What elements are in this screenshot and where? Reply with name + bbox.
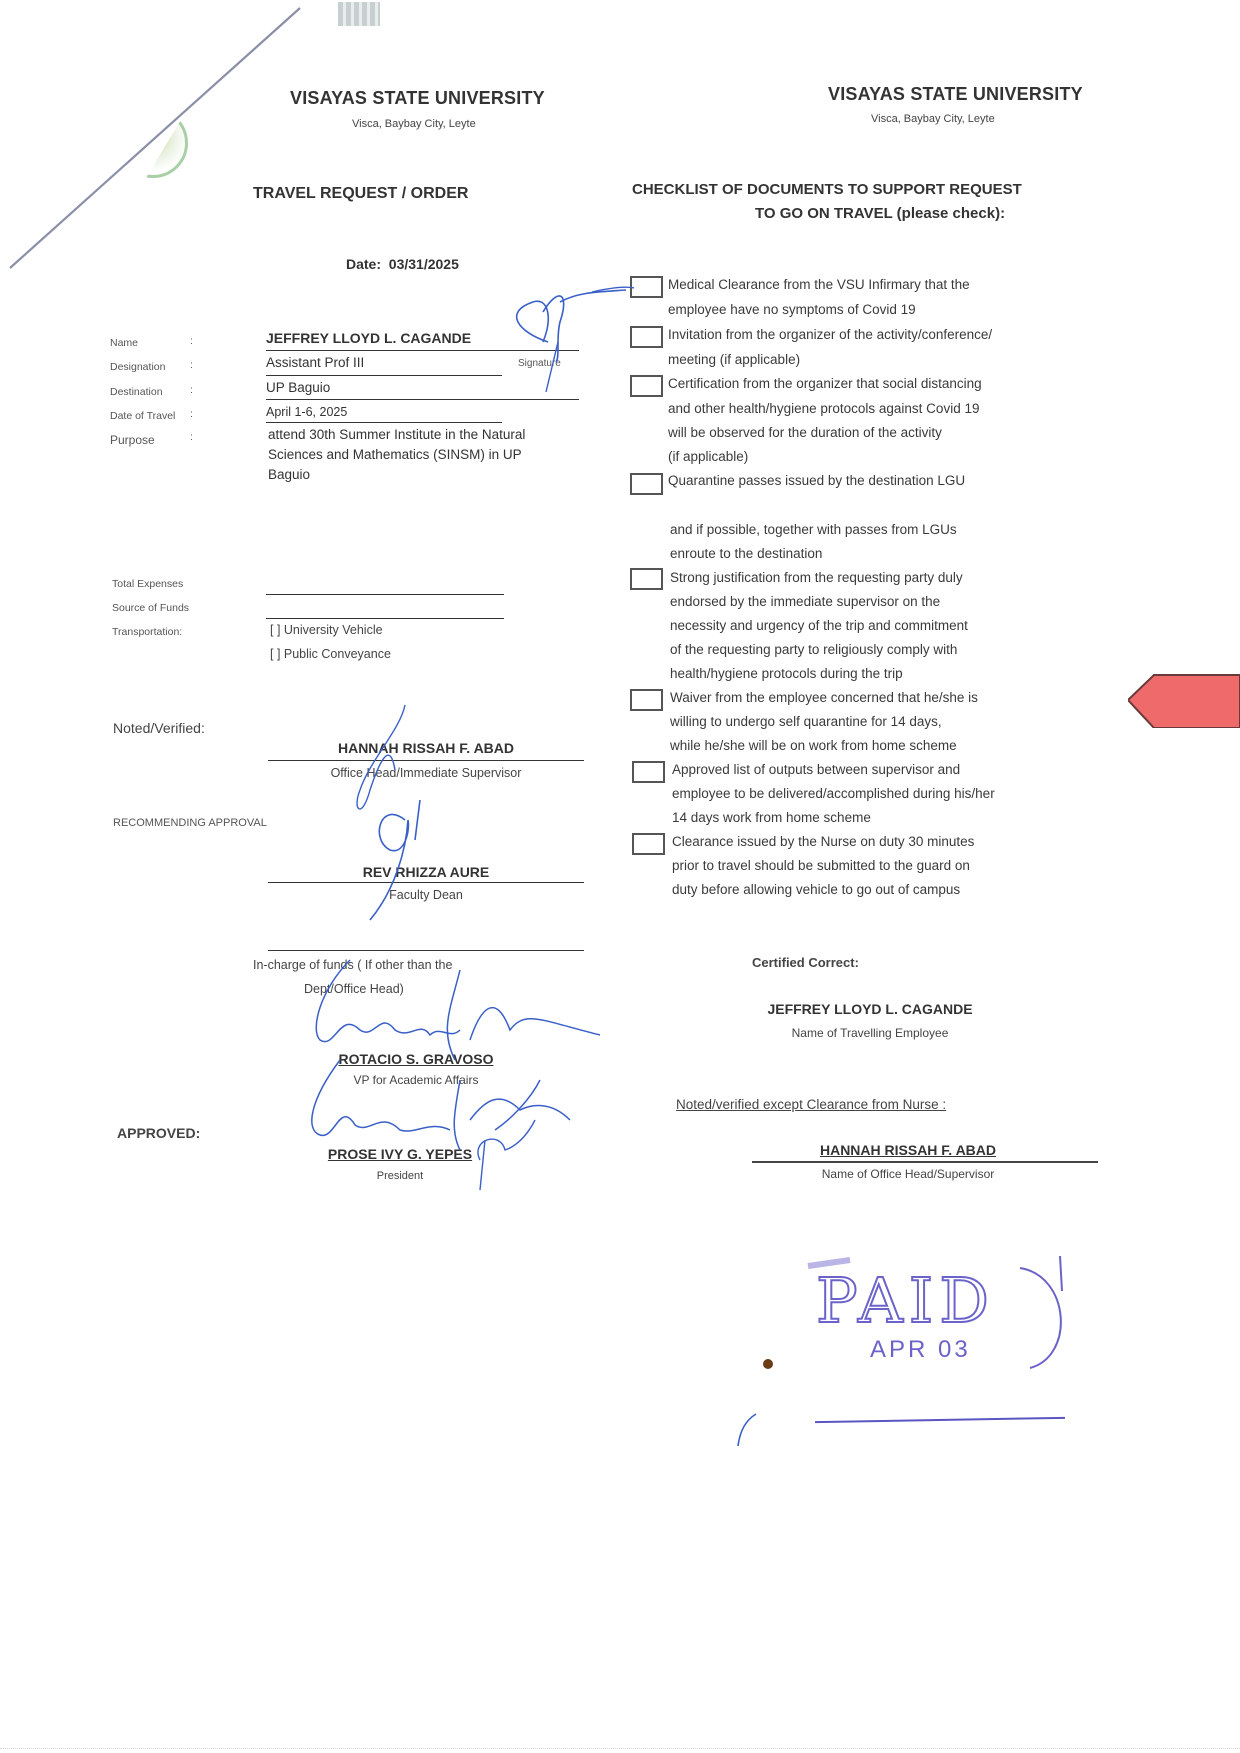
colon: : (190, 384, 193, 396)
certified-supervisor-name: HANNAH RISSAH F. ABAD (790, 1142, 1026, 1158)
date-label: Date: (346, 256, 381, 272)
colon: : (190, 335, 193, 347)
right-university-address: Visca, Baybay City, Leyte (871, 113, 995, 125)
certified-employee-role: Name of Travelling Employee (740, 1026, 1000, 1040)
left-university-address: Visca, Baybay City, Leyte (352, 118, 476, 130)
date-of-travel-value: April 1-6, 2025 (266, 405, 347, 419)
checklist-item-text: necessity and urgency of the trip and co… (670, 618, 968, 633)
noted-verified-label: Noted/Verified: (113, 720, 205, 736)
checklist-item-text: 14 days work from home scheme (672, 810, 871, 825)
checklist-item-text: employee have no symptoms of Covid 19 (668, 302, 916, 317)
ink-dot (763, 1359, 773, 1369)
total-expenses-field[interactable] (266, 580, 504, 595)
paid-stamp-date: APR 03 (870, 1336, 971, 1364)
transport-option-university-vehicle[interactable]: [ ] University Vehicle (270, 623, 383, 637)
checklist-checkbox-certification[interactable] (630, 375, 663, 397)
checklist-title-line2: TO GO ON TRAVEL (please check): (755, 205, 1005, 222)
colon: : (190, 431, 193, 443)
checklist-item-text: health/hygiene protocols during the trip (670, 666, 903, 681)
checklist-checkbox-invitation[interactable] (630, 326, 663, 348)
pen-tick (732, 1410, 762, 1450)
checklist-item-text: Clearance issued by the Nurse on duty 30… (672, 834, 974, 849)
destination-value: UP Baguio (266, 380, 330, 395)
designation-field[interactable]: Assistant Prof III (266, 355, 502, 376)
checklist-item-text: meeting (if applicable) (668, 352, 800, 367)
purpose-line: Sciences and Mathematics (SINSM) in UP (268, 445, 525, 465)
date-of-travel-label: Date of Travel (110, 410, 175, 422)
checklist-item-text: and other health/hygiene protocols again… (668, 401, 979, 416)
source-of-funds-label: Source of Funds (112, 602, 189, 614)
checklist-item-text: and if possible, together with passes fr… (670, 522, 957, 537)
checklist-checkbox-nurse-clearance[interactable] (632, 833, 665, 855)
name-value: JEFFREY LLOYD L. CAGANDE (266, 330, 471, 346)
vp-signature (280, 930, 620, 1190)
certified-employee-name: JEFFREY LLOYD L. CAGANDE (740, 1001, 1000, 1017)
recommending-approval-label: RECOMMENDING APPROVAL (113, 817, 267, 829)
checklist-item-text: duty before allowing vehicle to go out o… (672, 882, 960, 897)
certified-supervisor-role: Name of Office Head/Supervisor (790, 1167, 1026, 1181)
date-value: 03/31/2025 (389, 256, 459, 272)
right-university-name: VISAYAS STATE UNIVERSITY (828, 84, 1083, 105)
checklist-item-text: Strong justification from the requesting… (670, 570, 963, 585)
purpose-line: attend 30th Summer Institute in the Natu… (268, 425, 525, 445)
transport-option-label: [ ] Public Conveyance (270, 647, 391, 661)
checklist-item-text: enroute to the destination (670, 546, 822, 561)
checklist-checkbox-approved-outputs[interactable] (632, 761, 665, 783)
form-title: TRAVEL REQUEST / ORDER (253, 185, 468, 203)
checklist-item-text: (if applicable) (668, 449, 748, 464)
page-bottom-edge (0, 1748, 1240, 1749)
checklist-item-text: employee to be delivered/accomplished du… (672, 786, 995, 801)
scan-artifact (338, 2, 380, 26)
checklist-item-text: endorsed by the immediate supervisor on … (670, 594, 940, 609)
stamp-underline (815, 1417, 1065, 1423)
date-of-travel-field[interactable]: April 1-6, 2025 (266, 405, 502, 423)
pen-stroke (590, 280, 640, 300)
paid-stamp-text: PAID (816, 1256, 995, 1346)
checklist-item-text: prior to travel should be submitted to t… (672, 858, 970, 873)
approved-label: APPROVED: (117, 1125, 200, 1141)
noted-except-label: Noted/verified except Clearance from Nur… (676, 1097, 946, 1112)
checklist-item-text: Approved list of outputs between supervi… (672, 762, 960, 777)
scan-fold-line (0, 0, 320, 280)
transport-option-label: [ ] University Vehicle (270, 623, 383, 637)
form-date: Date: 03/31/2025 (346, 256, 459, 272)
checklist-checkbox-waiver[interactable] (630, 689, 663, 711)
checklist-item-text: Waiver from the employee concerned that … (670, 690, 978, 705)
colon: : (190, 359, 193, 371)
purpose-label: Purpose (110, 433, 155, 447)
designation-value: Assistant Prof III (266, 355, 364, 370)
paid-stamp: PAID APR 03 (800, 1256, 1070, 1376)
checklist-checkbox-quarantine-passes[interactable] (630, 473, 663, 495)
destination-label: Destination (110, 386, 163, 398)
checklist-item-text: will be observed for the duration of the… (668, 425, 942, 440)
certified-correct-label: Certified Correct: (752, 955, 859, 970)
checklist-item-text: Certification from the organizer that so… (668, 376, 982, 391)
red-tab-marker-icon (1128, 672, 1240, 728)
source-of-funds-field[interactable] (266, 604, 504, 619)
certified-supervisor-line (752, 1161, 1098, 1163)
checklist-item-text: Medical Clearance from the VSU Infirmary… (668, 277, 970, 292)
checklist-item-text: Invitation from the organizer of the act… (668, 327, 992, 342)
total-expenses-label: Total Expenses (112, 578, 183, 590)
purpose-line: Baguio (268, 465, 525, 485)
colon: : (190, 408, 193, 420)
name-label: Name (110, 337, 138, 349)
left-university-name: VISAYAS STATE UNIVERSITY (290, 88, 545, 109)
transportation-label: Transportation: (112, 626, 182, 638)
dean-signature (360, 790, 450, 930)
checklist-item-text: while he/she will be on work from home s… (670, 738, 957, 753)
checklist-item-text: willing to undergo self quarantine for 1… (670, 714, 942, 729)
checklist-item-text: of the requesting party to religiously c… (670, 642, 957, 657)
checklist-item-text: Quarantine passes issued by the destinat… (668, 473, 965, 488)
checklist-title-line1: CHECKLIST OF DOCUMENTS TO SUPPORT REQUES… (632, 181, 1022, 198)
transport-option-public-conveyance[interactable]: [ ] Public Conveyance (270, 647, 391, 661)
checklist-checkbox-strong-justification[interactable] (630, 568, 663, 590)
purpose-value: attend 30th Summer Institute in the Natu… (268, 425, 525, 485)
designation-label: Designation (110, 361, 165, 373)
